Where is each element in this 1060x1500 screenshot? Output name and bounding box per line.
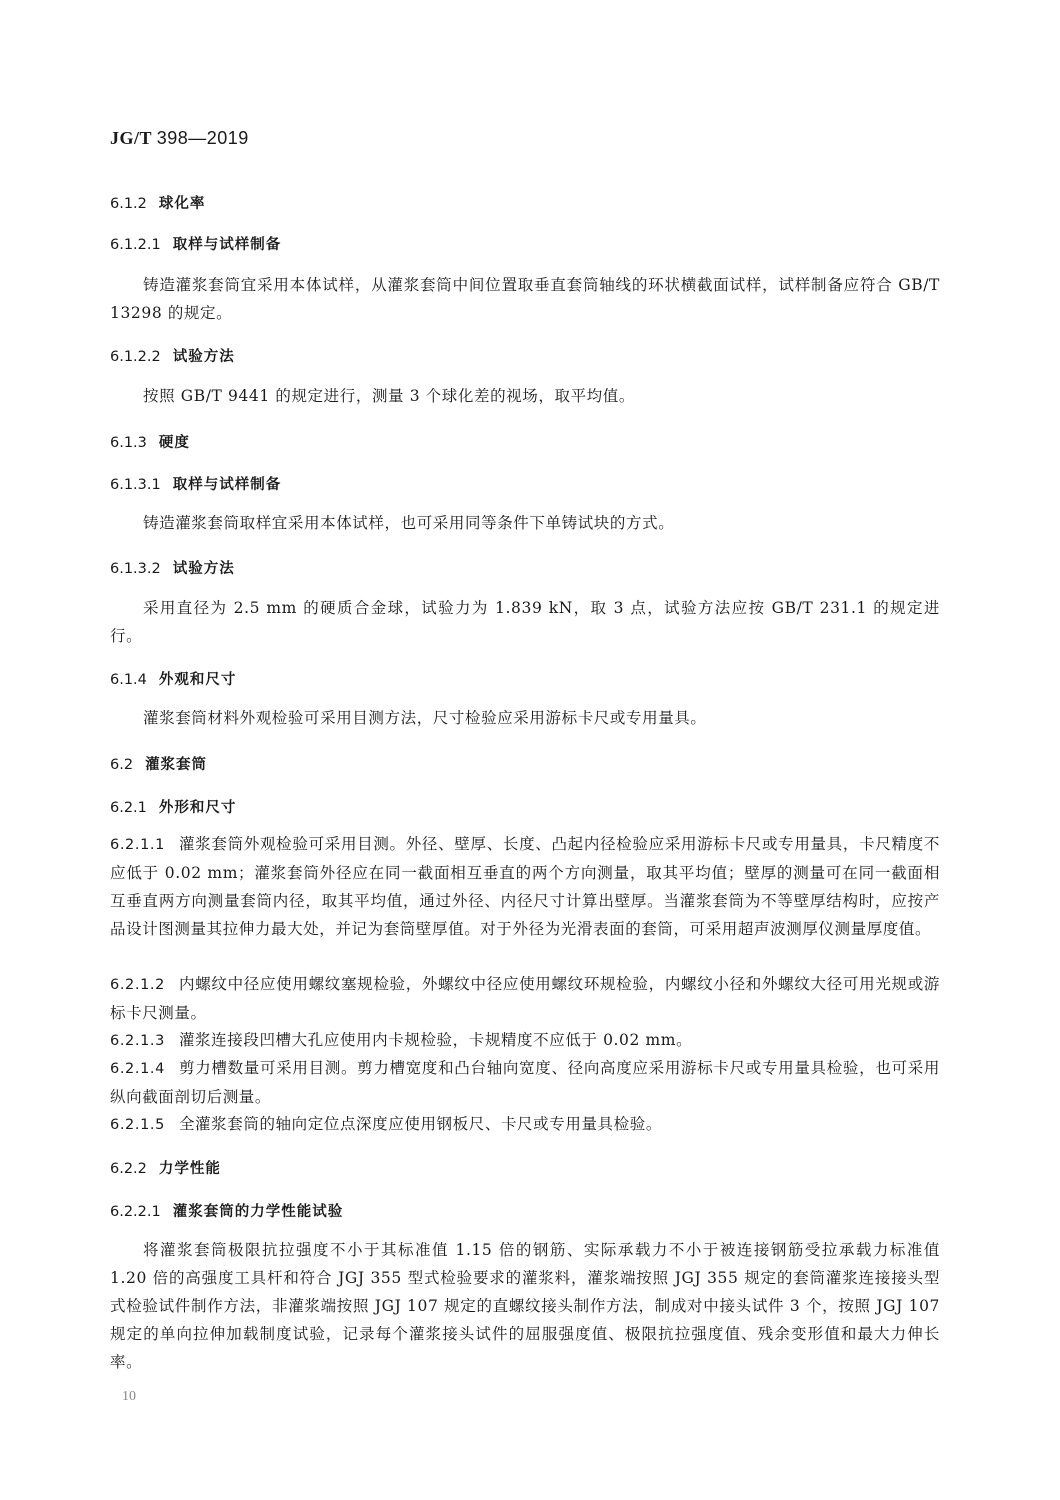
heading-6-2-2-1: 6.2.2.1灌浆套筒的力学性能试验 xyxy=(110,1200,343,1221)
paragraph-6-1-3-2: 采用直径为 2.5 mm 的硬质合金球，试验力为 1.839 kN，取 3 点，… xyxy=(110,594,940,650)
heading-6-1-2-2: 6.1.2.2试验方法 xyxy=(110,345,235,366)
clause-text: 剪力槽数量可采用目测。剪力槽宽度和凸台轴向宽度、径向高度应采用游标卡尺或专用量具… xyxy=(110,1059,940,1106)
heading-6-1-2-1: 6.1.2.1取样与试样制备 xyxy=(110,233,281,254)
clause-title: 外观和尺寸 xyxy=(159,672,237,688)
clause-6-2-1-5: 6.2.1.5全灌浆套筒的轴向定位点深度应使用钢板尺、卡尺或专用量具检验。 xyxy=(110,1110,940,1139)
clause-title: 试验方法 xyxy=(173,561,235,577)
clause-number: 6.2.2 xyxy=(110,1161,147,1177)
paragraph-6-1-3-1: 铸造灌浆套筒取样宜采用本体试样，也可采用同等条件下单铸试块的方式。 xyxy=(110,509,940,537)
clause-number: 6.2.1.4 xyxy=(110,1061,165,1077)
paragraph-6-1-4: 灌浆套筒材料外观检验可采用目测方法，尺寸检验应采用游标卡尺或专用量具。 xyxy=(110,704,940,732)
page-number: 10 xyxy=(122,1389,136,1405)
heading-6-2-2: 6.2.2力学性能 xyxy=(110,1157,221,1178)
clause-number: 6.2.1 xyxy=(110,800,147,816)
heading-6-1-3-2: 6.1.3.2试验方法 xyxy=(110,557,235,578)
clause-6-2-1-1: 6.2.1.1灌浆套筒外观检验可采用目测。外径、壁厚、长度、凸起内径检验应采用游… xyxy=(110,830,940,943)
heading-6-1-2: 6.1.2球化率 xyxy=(110,192,205,213)
clause-number: 6.1.3.2 xyxy=(110,561,161,577)
clause-text: 灌浆套筒外观检验可采用目测。外径、壁厚、长度、凸起内径检验应采用游标卡尺或专用量… xyxy=(110,835,940,938)
heading-6-2: 6.2灌浆套筒 xyxy=(110,753,207,774)
clause-number: 6.2.1.2 xyxy=(110,977,165,993)
clause-title: 球化率 xyxy=(159,196,206,212)
clause-title: 取样与试样制备 xyxy=(173,477,282,493)
clause-number: 6.2.1.1 xyxy=(110,837,165,853)
paragraph-6-2-2-1: 将灌浆套筒极限抗拉强度不小于其标准值 1.15 倍的钢筋、实际承载力不小于被连接… xyxy=(110,1236,940,1376)
standard-code-number: 398—2019 xyxy=(157,128,249,148)
clause-number: 6.2 xyxy=(110,757,133,773)
clause-title: 外形和尺寸 xyxy=(159,800,237,816)
clause-number: 6.1.2.2 xyxy=(110,349,161,365)
paragraph-6-1-2-2: 按照 GB/T 9441 的规定进行，测量 3 个球化差的视场，取平均值。 xyxy=(110,382,940,410)
clause-6-2-1-2: 6.2.1.2内螺纹中径应使用螺纹塞规检验，外螺纹中径应使用螺纹环规检验，内螺纹… xyxy=(110,970,940,1027)
standard-code: JG/T 398—2019 xyxy=(110,128,249,149)
heading-6-1-3: 6.1.3硬度 xyxy=(110,431,190,452)
clause-text: 灌浆连接段凹槽大孔应使用内卡规检验，卡规精度不应低于 0.02 mm。 xyxy=(179,1031,692,1049)
clause-6-2-1-3: 6.2.1.3灌浆连接段凹槽大孔应使用内卡规检验，卡规精度不应低于 0.02 m… xyxy=(110,1026,940,1055)
clause-number: 6.2.1.5 xyxy=(110,1117,165,1133)
heading-6-1-4: 6.1.4外观和尺寸 xyxy=(110,668,236,689)
paragraph-6-1-2-1: 铸造灌浆套筒宜采用本体试样，从灌浆套筒中间位置取垂直套筒轴线的环状横截面试样，试… xyxy=(110,271,940,327)
clause-text: 全灌浆套筒的轴向定位点深度应使用钢板尺、卡尺或专用量具检验。 xyxy=(179,1115,662,1133)
clause-number: 6.1.4 xyxy=(110,672,147,688)
heading-6-2-1: 6.2.1外形和尺寸 xyxy=(110,796,236,817)
clause-title: 灌浆套筒 xyxy=(145,757,207,773)
clause-text: 内螺纹中径应使用螺纹塞规检验，外螺纹中径应使用螺纹环规检验，内螺纹小径和外螺纹大… xyxy=(110,975,940,1022)
clause-number: 6.1.2.1 xyxy=(110,237,161,253)
clause-title: 硬度 xyxy=(159,435,190,451)
clause-6-2-1-4: 6.2.1.4剪力槽数量可采用目测。剪力槽宽度和凸台轴向宽度、径向高度应采用游标… xyxy=(110,1054,940,1111)
clause-title: 灌浆套筒的力学性能试验 xyxy=(173,1204,344,1220)
heading-6-1-3-1: 6.1.3.1取样与试样制备 xyxy=(110,473,281,494)
clause-title: 力学性能 xyxy=(159,1161,221,1177)
clause-number: 6.1.2 xyxy=(110,196,147,212)
clause-title: 取样与试样制备 xyxy=(173,237,282,253)
clause-number: 6.2.2.1 xyxy=(110,1204,161,1220)
standard-code-prefix: JG/T xyxy=(110,128,152,148)
clause-number: 6.1.3 xyxy=(110,435,147,451)
document-page: JG/T 398—2019 6.1.2球化率 6.1.2.1取样与试样制备 铸造… xyxy=(0,0,1060,1500)
clause-title: 试验方法 xyxy=(173,349,235,365)
clause-number: 6.2.1.3 xyxy=(110,1033,165,1049)
clause-number: 6.1.3.1 xyxy=(110,477,161,493)
